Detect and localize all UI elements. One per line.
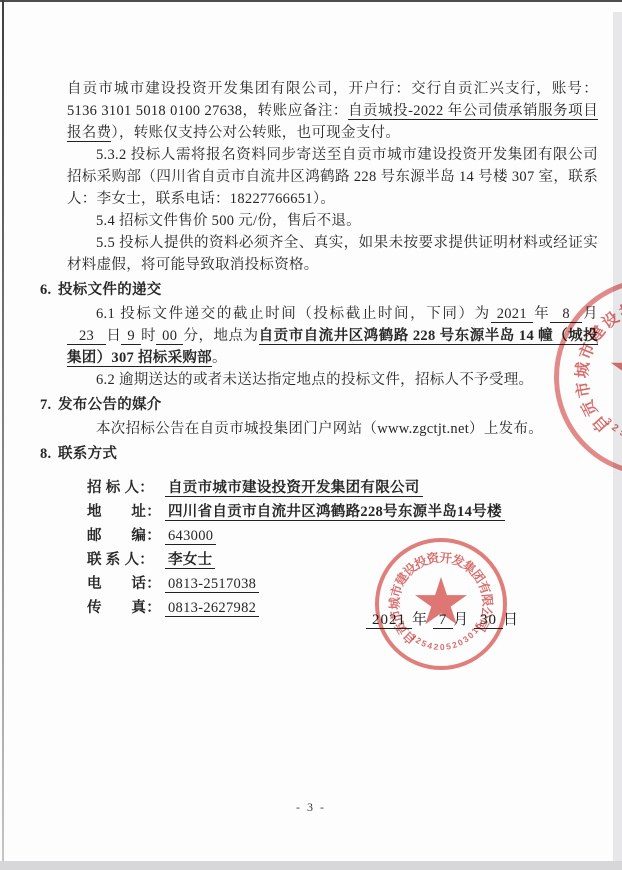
deadline-hour-label: 时: [141, 328, 156, 344]
contact-row-postcode: 邮 编：643000: [87, 524, 598, 548]
deadline-hour: 9: [121, 328, 141, 345]
date-day-label: 日: [503, 612, 519, 628]
contact-row-person: 联 系 人：李女士: [87, 548, 598, 572]
fax-label: 传 真：: [87, 596, 165, 620]
address-label: 地 址：: [87, 500, 165, 524]
deadline-year-label: 年: [533, 306, 550, 322]
deadline-minute-label: 分，地点为: [183, 328, 258, 344]
section-8-heading: 8.联系方式: [40, 443, 598, 465]
deadline-period: 。: [212, 350, 227, 366]
deadline-minute: 00: [156, 328, 183, 345]
scan-edge-left: [2, 0, 4, 870]
signature-date: 2021年 7月 30日: [366, 608, 519, 629]
section-7-heading: 7.发布公告的媒介: [40, 394, 598, 416]
document-page: 自贡市城市建设投资开发集团有限公司，开户行：交行自贡汇兴支行，账号：5136 3…: [0, 0, 622, 870]
paragraph-6-1: 6.1 投标文件递交的截止时间（投标截止时间，下同）为2021年8月23日9时0…: [40, 303, 598, 369]
paragraph-5-4: 5.4 招标文件售价 500 元/份，售后不退。: [40, 210, 598, 232]
contact-row-fax: 传 真：0813-2627982: [87, 596, 598, 620]
document-body: 自贡市城市建设投资开发集团有限公司，开户行：交行自贡汇兴支行，账号：5136 3…: [40, 78, 598, 620]
postcode-label: 邮 编：: [87, 524, 165, 548]
paragraph-5-3-2: 5.3.2 投标人需将报名资料同步寄送至自贡市城市建设投资开发集团有限公司招标采…: [40, 144, 598, 210]
postcode-value: 643000: [165, 528, 216, 545]
deadline-day-label: 日: [106, 328, 121, 344]
section-6-heading: 6.投标文件的递交: [40, 279, 598, 301]
date-month: 7: [433, 612, 454, 629]
section-6-title: 投标文件的递交: [58, 282, 162, 298]
section-7-number: 7.: [40, 394, 58, 416]
tenderee-value: 自贡市城市建设投资开发集团有限公司: [165, 480, 423, 497]
date-month-label: 月: [453, 612, 469, 628]
paragraph-6-2: 6.2 逾期送达的或者未送达指定地点的投标文件，招标人不予受理。: [40, 369, 598, 391]
fax-value: 0813-2627982: [165, 600, 259, 617]
bank-account-text-end: ），转账仅支持公对公转账，也可现金支付。: [111, 125, 400, 141]
contact-row-tenderee: 招 标 人：自贡市城市建设投资开发集团有限公司: [87, 476, 598, 500]
section-8-title: 联系方式: [58, 446, 117, 462]
date-day: 30: [474, 612, 503, 629]
address-value: 四川省自贡市自流井区鸿鹤路228号东源半岛14号楼: [165, 504, 505, 521]
contact-list: 招 标 人：自贡市城市建设投资开发集团有限公司 地 址：四川省自贡市自流井区鸿鹤…: [40, 476, 598, 620]
paragraph-5-5: 5.5 投标人提供的资料必须齐全、真实，如果未按要求提供证明材料或经证实材料虚假…: [40, 232, 598, 276]
contact-row-address: 地 址：四川省自贡市自流井区鸿鹤路228号东源半岛14号楼: [87, 500, 598, 524]
paragraph-7-announcement: 本次招标公告在自贡市城投集团门户网站（www.zgctjt.net）上发布。: [40, 418, 598, 440]
contact-person-value: 李女士: [165, 552, 215, 569]
contact-person-label: 联 系 人：: [87, 548, 165, 572]
page-number: - 3 -: [0, 800, 622, 815]
paragraph-bank-account: 自贡市城市建设投资开发集团有限公司，开户行：交行自贡汇兴支行，账号：5136 3…: [40, 78, 598, 144]
section-6-number: 6.: [40, 279, 58, 301]
deadline-day: 23: [67, 328, 106, 345]
phone-label: 电 话：: [87, 572, 165, 596]
tenderee-label: 招 标 人：: [87, 476, 165, 500]
seal-star-icon: [609, 333, 622, 417]
contact-row-phone: 电 话：0813-2517038: [87, 572, 598, 596]
scan-edge-bottom: [0, 861, 622, 870]
company-seal-bottom: 自贡市城市建设投资开发集团有限公司5103025024523: [375, 538, 507, 670]
date-year-label: 年: [412, 612, 428, 628]
phone-value: 0813-2517038: [165, 576, 259, 593]
deadline-year: 2021: [491, 306, 533, 323]
section-8-number: 8.: [40, 443, 58, 465]
scan-edge-top: [0, 0, 622, 2]
deadline-text: 6.1 投标文件递交的截止时间（投标截止时间，下同）为: [96, 306, 491, 322]
section-7-title: 发布公告的媒介: [58, 397, 162, 413]
date-year: 2021: [366, 612, 412, 629]
